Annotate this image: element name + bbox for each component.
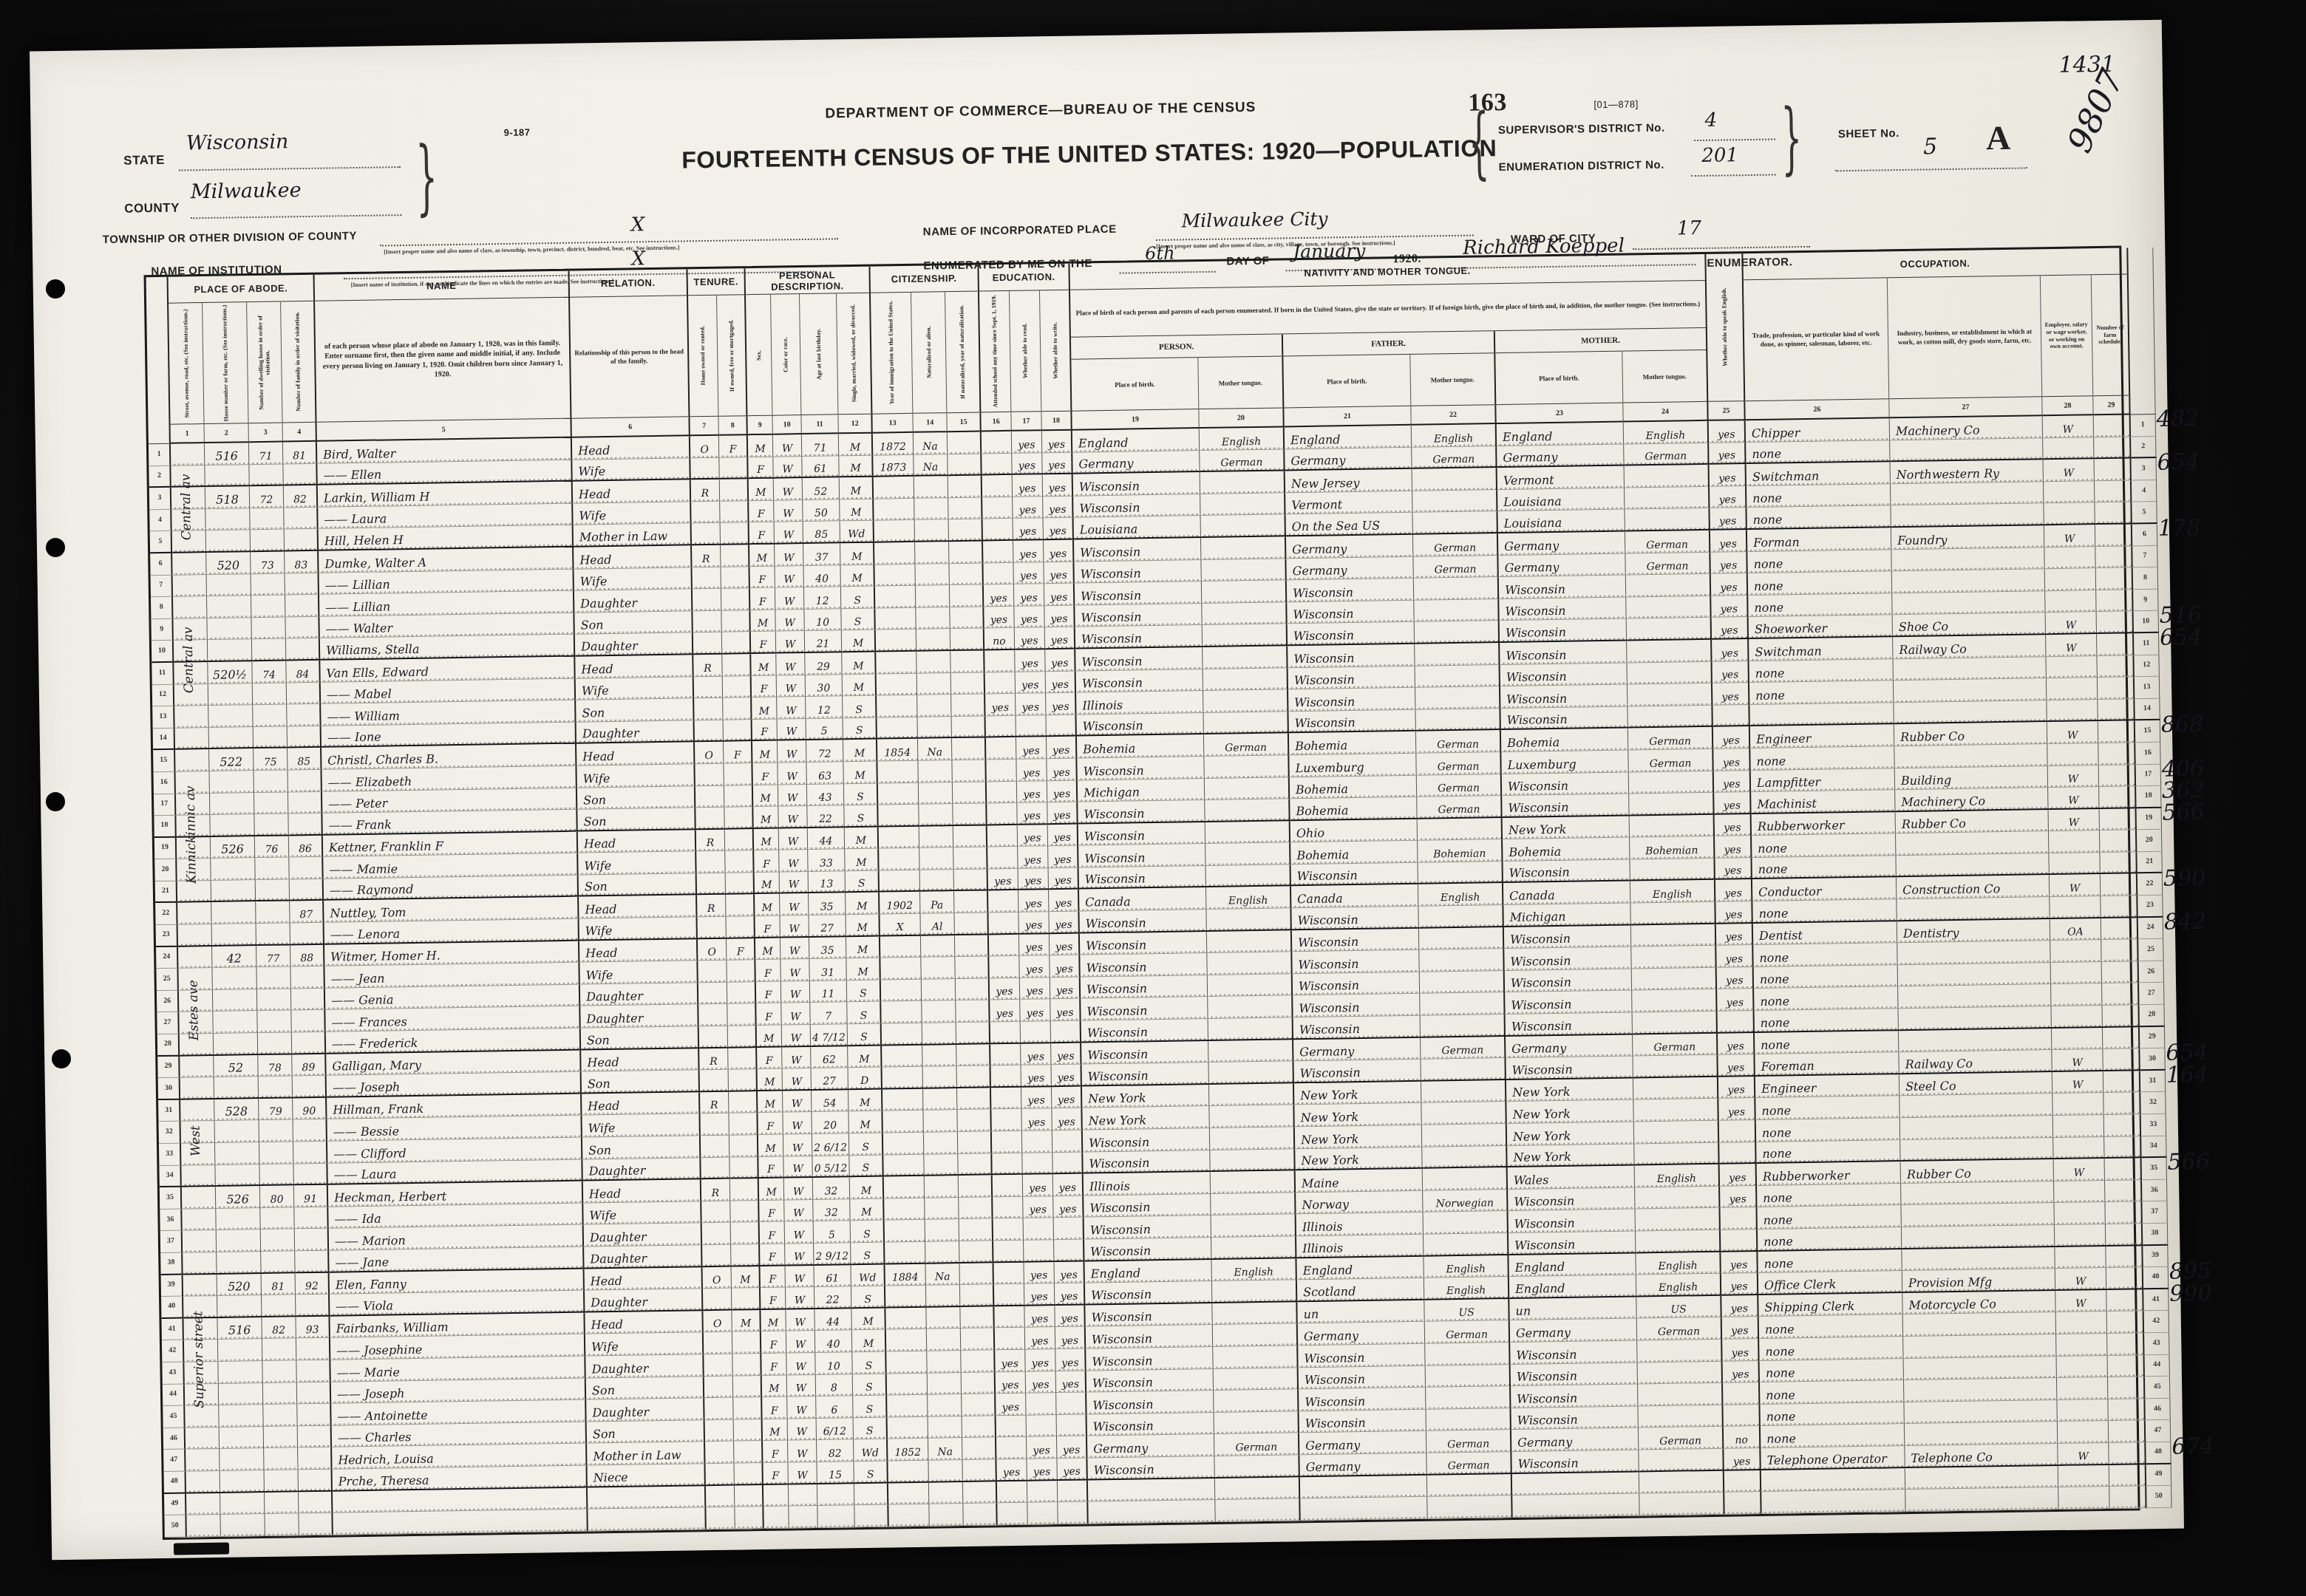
cell-mb-row15: Bohemia <box>1501 729 1628 752</box>
cell-sch-row24 <box>989 934 1019 956</box>
cell-read-row39: yes <box>1024 1262 1054 1284</box>
cell-house-row48 <box>220 1470 265 1493</box>
cell-fb-row5: On the Sea US <box>1286 513 1413 536</box>
cell-dwell-row24: 77 <box>256 945 290 967</box>
cell-eng-row36: yes <box>1720 1186 1757 1208</box>
cell-fam-row34 <box>293 1163 327 1185</box>
cell-imm-row49 <box>888 1482 929 1504</box>
cell-fb-row45: Wisconsin <box>1299 1388 1426 1411</box>
cell-sch-row44: yes <box>996 1371 1026 1394</box>
cell-age-row43: 10 <box>815 1352 852 1374</box>
cell-house-row5 <box>206 531 251 553</box>
ink-smudge <box>174 1542 229 1555</box>
cell-mort-row2 <box>719 457 748 480</box>
cell-rel-row48: Niece <box>587 1464 705 1487</box>
cell-house-row22 <box>211 902 256 924</box>
cell-mar-row42: M <box>852 1330 886 1352</box>
cell-nat-row19 <box>919 826 953 848</box>
cell-occ-row22: Conductor <box>1752 878 1897 901</box>
cell-imm-row28 <box>882 1023 922 1046</box>
cell-write-row37 <box>1054 1218 1084 1240</box>
cell-mb-row30: Wisconsin <box>1506 1057 1633 1080</box>
cell-mb-row32: New York <box>1506 1100 1633 1124</box>
cell-age-row11: 29 <box>805 652 842 675</box>
cell-read-row5: yes <box>1013 519 1044 541</box>
state-label: STATE <box>123 153 165 168</box>
supervisors-district-label: SUPERVISOR'S DISTRICT No. <box>1498 122 1665 137</box>
cell-mb-row3: Vermont <box>1497 466 1625 490</box>
cell-farm-row43 <box>2107 1333 2144 1355</box>
cell-farm-row37 <box>2105 1202 2142 1224</box>
cell-farm-row46 <box>2108 1399 2145 1421</box>
cell-nat-row5 <box>915 520 949 542</box>
cell-imm-row43 <box>886 1351 927 1374</box>
cell-ft-row24 <box>1419 927 1504 950</box>
cell-natyr-row2 <box>948 454 982 476</box>
cell-emp-row4 <box>2044 481 2095 504</box>
cell-eng-row17: yes <box>1714 771 1751 793</box>
cell-rel-row4: Wife <box>573 502 691 525</box>
cell-dwell-row39: 81 <box>262 1273 296 1295</box>
cell-pt-row41 <box>1212 1302 1297 1325</box>
cell-occ-row25: none <box>1753 943 1897 966</box>
cell-pb-row24: Wisconsin <box>1080 932 1207 955</box>
cell-fam-row39: 92 <box>296 1272 330 1295</box>
cell-natyr-row24 <box>955 935 989 957</box>
cell-dwell-row2 <box>249 464 283 486</box>
cell-ind-row41: Motorcycle Co <box>1902 1291 2055 1315</box>
cell-emp-row40: W <box>2055 1268 2106 1291</box>
margin-number-566: 566 <box>2167 1149 2210 1176</box>
cell-read-row46 <box>1027 1415 1057 1437</box>
cell-sch-row40 <box>994 1284 1024 1306</box>
group-education: EDUCATION. <box>979 264 1070 292</box>
cell-mt-row50 <box>1639 1493 1724 1515</box>
cell-pt-row38 <box>1211 1236 1296 1259</box>
cell-mb-row8: Wisconsin <box>1499 576 1626 599</box>
cell-race-row17: W <box>778 785 807 807</box>
cell-ind-row42 <box>1903 1312 2056 1337</box>
cell-nat-row43 <box>927 1351 961 1373</box>
cell-fb-row43: Wisconsin <box>1298 1344 1425 1368</box>
cell-eng-row20: yes <box>1715 836 1752 858</box>
line-number-left: 13 <box>152 706 174 729</box>
cell-mort-row1: F <box>719 435 748 457</box>
cell-nat-row21 <box>920 870 954 892</box>
cell-sch-row16 <box>986 760 1016 782</box>
cell-mb-row17: Wisconsin <box>1502 772 1629 796</box>
col-immigration-header: Year of immigration to the United States… <box>871 293 913 415</box>
cell-pb-row6: Wisconsin <box>1074 538 1201 562</box>
cell-natyr-row8 <box>950 585 984 607</box>
cell-pb-row19: Wisconsin <box>1078 822 1205 846</box>
cell-race-row37: W <box>785 1221 814 1244</box>
cell-pb-row26: Wisconsin <box>1081 975 1208 999</box>
column-number-7: 7 <box>690 417 718 437</box>
cell-fb-row34: New York <box>1295 1147 1422 1170</box>
cell-mort-row30 <box>729 1069 758 1091</box>
cell-pt-row2: German <box>1200 449 1285 472</box>
cell-ind-row11: Railway Co <box>1893 635 2046 659</box>
cell-mar-row21: S <box>846 870 880 893</box>
cell-read-row1: yes <box>1012 431 1042 453</box>
column-number-6: 6 <box>571 417 690 437</box>
cell-write-row8: yes <box>1044 584 1075 606</box>
cell-mar-row8: S <box>841 587 875 609</box>
cell-fb-row44: Wisconsin <box>1299 1365 1426 1389</box>
cell-own-row9 <box>693 610 721 632</box>
township-value: X <box>630 214 644 236</box>
cell-farm-row8 <box>2096 568 2133 590</box>
cell-mar-row2: M <box>839 455 873 477</box>
line-number-left: 32 <box>159 1122 181 1144</box>
cell-write-row47: yes <box>1057 1436 1087 1459</box>
cell-age-row19: 44 <box>808 828 845 850</box>
cell-read-row20: yes <box>1018 846 1048 868</box>
cell-own-row3: R <box>691 480 720 502</box>
cell-ind-row36 <box>1901 1181 2054 1206</box>
cell-eng-row37 <box>1720 1207 1757 1230</box>
cell-mt-row46 <box>1638 1405 1723 1428</box>
cell-pt-row16 <box>1204 755 1289 778</box>
cell-fb-row27: Wisconsin <box>1293 994 1420 1017</box>
cell-rel-row38: Daughter <box>584 1245 702 1269</box>
column-number-22: 22 <box>1411 405 1496 426</box>
cell-read-row47: yes <box>1027 1436 1057 1459</box>
cell-sex-row3: M <box>749 479 774 501</box>
cell-fam-row24: 88 <box>290 944 324 966</box>
cell-emp-row8 <box>2045 568 2096 591</box>
cell-imm-row10 <box>876 630 916 652</box>
cell-natyr-row42 <box>961 1329 995 1351</box>
line-number-right: 37 <box>2142 1201 2167 1224</box>
cell-eng-row25: yes <box>1716 945 1753 967</box>
cell-sch-row47 <box>996 1437 1027 1459</box>
cell-occ-row37: none <box>1757 1205 1901 1229</box>
cell-ft-row45 <box>1426 1386 1511 1409</box>
cell-write-row3: yes <box>1043 474 1073 497</box>
cell-fb-row24: Wisconsin <box>1292 928 1419 952</box>
column-number-19: 19 <box>1072 409 1199 431</box>
cell-own-row25 <box>698 961 727 983</box>
cell-dwell-row42 <box>262 1339 296 1361</box>
cell-fam-row11: 84 <box>286 661 320 683</box>
cell-mb-row45: Wisconsin <box>1511 1385 1638 1408</box>
cell-mort-row44 <box>733 1376 762 1398</box>
cell-race-row36: W <box>784 1200 813 1222</box>
cell-pt-row28 <box>1208 1017 1293 1040</box>
cell-rel-row2: Wife <box>572 458 690 482</box>
cell-own-row5 <box>692 523 721 545</box>
cell-mar-row5: Wd <box>840 521 874 543</box>
cell-natyr-row22 <box>954 891 988 913</box>
cell-emp-row50 <box>2058 1487 2109 1510</box>
cell-fb-row41: un <box>1297 1300 1424 1323</box>
cell-farm-row10 <box>2097 612 2134 634</box>
cell-imm-row48 <box>888 1461 928 1483</box>
cell-house-row23 <box>212 924 256 946</box>
cell-ind-row27 <box>1898 985 2051 1009</box>
line-number-left: 7 <box>151 575 173 597</box>
cell-pt-row6 <box>1201 536 1286 559</box>
cell-ind-row33 <box>1900 1116 2053 1140</box>
column-number-20: 20 <box>1199 408 1284 429</box>
cell-pt-row39: English <box>1211 1258 1296 1281</box>
cell-age-row40: 22 <box>814 1286 851 1309</box>
cell-sex-row50 <box>763 1507 789 1529</box>
cell-mb-row18: Wisconsin <box>1502 794 1629 818</box>
cell-ind-row46 <box>1904 1400 2057 1425</box>
cell-pt-row10 <box>1203 624 1288 647</box>
cell-sex-row34: F <box>758 1156 783 1179</box>
cell-pt-row35 <box>1211 1170 1296 1193</box>
cell-mt-row28 <box>1633 1012 1718 1034</box>
cell-occ-row12: none <box>1749 659 1894 683</box>
cell-house-row13 <box>208 705 253 727</box>
cell-mort-row36 <box>730 1201 759 1223</box>
cell-write-row30: yes <box>1052 1065 1082 1087</box>
margin-number-482: 482 <box>2156 406 2199 432</box>
cell-ind-row23 <box>1897 897 2050 921</box>
cell-age-row24: 35 <box>809 937 846 959</box>
cell-house-row35: 526 <box>216 1186 260 1208</box>
cell-mt-row36 <box>1635 1187 1720 1210</box>
line-number-left: 12 <box>152 684 174 706</box>
cell-mar-row45: S <box>853 1396 887 1418</box>
cell-eng-row21: yes <box>1715 858 1752 880</box>
cell-ft-row50 <box>1427 1496 1512 1518</box>
cell-ind-row12 <box>1893 657 2046 681</box>
cell-fb-row11: Wisconsin <box>1288 644 1415 668</box>
cell-dwell-row21 <box>256 879 290 901</box>
cell-farm-row26 <box>2102 961 2139 983</box>
cell-natyr-row48 <box>962 1459 996 1481</box>
cell-emp-row35: W <box>2054 1159 2105 1181</box>
county-brace: } <box>415 129 438 225</box>
cell-sex-row39: F <box>761 1266 786 1288</box>
cell-pt-row47: German <box>1214 1433 1299 1456</box>
cell-own-row44 <box>704 1376 733 1398</box>
cell-race-row50 <box>789 1506 817 1528</box>
cell-farm-row30 <box>2103 1049 2140 1071</box>
cell-mt-row42: German <box>1637 1317 1722 1340</box>
cell-imm-row26 <box>881 980 922 1002</box>
cell-sch-row15 <box>986 737 1016 760</box>
cell-occ-row26: none <box>1754 965 1898 989</box>
cell-house-row21 <box>211 880 256 902</box>
cell-race-row46: W <box>788 1419 817 1441</box>
col-write-header: Whether able to write. <box>1040 290 1072 412</box>
cell-nat-row8 <box>916 585 950 607</box>
cell-sch-row20 <box>987 847 1018 869</box>
cell-mb-row20: Bohemia <box>1503 838 1630 862</box>
cell-write-row4: yes <box>1043 496 1073 518</box>
cell-read-row41: yes <box>1024 1306 1055 1328</box>
cell-fb-row49 <box>1300 1475 1427 1498</box>
cell-mb-row29: Germany <box>1506 1034 1633 1058</box>
cell-sex-row14: F <box>752 719 778 741</box>
cell-fam-row33 <box>293 1142 327 1164</box>
cell-imm-row12 <box>877 673 917 695</box>
cell-sex-row33: M <box>758 1135 783 1157</box>
cell-house-row41: 516 <box>217 1317 262 1340</box>
cell-mb-row50 <box>1512 1494 1639 1518</box>
cell-ft-row44 <box>1426 1365 1511 1388</box>
cell-nat-row36 <box>925 1198 959 1220</box>
cell-ft-row4 <box>1412 490 1497 513</box>
cell-mar-row19: M <box>845 827 879 849</box>
cell-mar-row24: M <box>846 936 880 958</box>
cell-nat-row2: Na <box>914 454 948 477</box>
cell-own-row8 <box>693 589 721 611</box>
cell-occ-row19: Rubberworker <box>1752 812 1896 836</box>
cell-dwell-row15: 75 <box>254 748 288 771</box>
cell-emp-row10: W <box>2046 612 2097 635</box>
cell-imm-row34 <box>883 1154 924 1176</box>
cell-own-row10 <box>693 632 722 655</box>
cell-mt-row31 <box>1633 1077 1718 1100</box>
cell-write-row49 <box>1058 1480 1088 1502</box>
enumeration-district-label: ENUMERATION DISTRICT No. <box>1498 159 1664 174</box>
cell-write-row41: yes <box>1055 1305 1085 1327</box>
cell-mort-row34 <box>729 1157 758 1179</box>
cell-sex-row41: M <box>761 1309 786 1331</box>
cell-emp-row47 <box>2058 1421 2109 1444</box>
cell-ft-row35 <box>1423 1167 1508 1190</box>
cell-mort-row29 <box>728 1048 757 1070</box>
cell-imm-row33 <box>883 1133 924 1155</box>
cell-nat-row49 <box>929 1481 963 1504</box>
cell-race-row20: W <box>779 850 808 872</box>
cell-nat-row39: Na <box>925 1263 959 1286</box>
cell-fb-row50 <box>1300 1497 1427 1521</box>
cell-sch-row8: yes <box>984 584 1014 607</box>
cell-mar-row47: Wd <box>854 1439 888 1462</box>
column-number-2: 2 <box>205 423 249 443</box>
cell-read-row23: yes <box>1018 912 1049 934</box>
cell-read-row4: yes <box>1013 497 1043 519</box>
col-race-header: Color or race. <box>771 294 801 416</box>
cell-occ-row32: none <box>1755 1097 1899 1120</box>
cell-occ-row50 <box>1761 1490 1905 1513</box>
cell-farm-row29 <box>2103 1027 2140 1049</box>
line-number-right: 36 <box>2142 1180 2167 1202</box>
cell-eng-row45 <box>1723 1382 1760 1405</box>
cell-own-row19: R <box>696 829 725 851</box>
group-personal-description: PERSONAL DESCRIPTION. <box>745 267 871 296</box>
cell-fam-row19: 86 <box>289 835 323 857</box>
cell-read-row38 <box>1024 1240 1054 1262</box>
cell-mort-row5 <box>721 523 749 545</box>
cell-fb-row26: Wisconsin <box>1293 972 1420 996</box>
line-number-left: 4 <box>149 510 171 532</box>
cell-farm-row13 <box>2098 677 2135 699</box>
cell-read-row3: yes <box>1013 474 1043 497</box>
cell-fam-row21 <box>290 879 324 901</box>
cell-rel-row30: Son <box>582 1070 700 1094</box>
cell-nat-row37 <box>925 1219 959 1241</box>
cell-natyr-row1 <box>948 432 982 454</box>
line-number-right: 20 <box>2137 830 2162 852</box>
column-number-29: 29 <box>2093 395 2130 415</box>
cell-farm-row9 <box>2096 590 2133 612</box>
cell-house-row25 <box>212 967 256 989</box>
cell-farm-row14 <box>2098 699 2135 721</box>
cell-natyr-row45 <box>962 1394 996 1416</box>
cell-rel-row21: Son <box>579 873 697 897</box>
line-number-left: 37 <box>160 1231 183 1253</box>
cell-rel-row45: Daughter <box>586 1398 704 1422</box>
cell-own-row50 <box>706 1507 735 1529</box>
cell-ft-row38 <box>1424 1233 1509 1256</box>
cell-sch-row21: yes <box>988 869 1018 891</box>
cell-fb-row46: Wisconsin <box>1299 1409 1426 1433</box>
line-number-right: 2 <box>2131 436 2156 458</box>
cell-sex-row4: F <box>749 500 774 522</box>
cell-ind-row35: Rubber Co <box>1901 1159 2054 1184</box>
cell-dwell-row46 <box>264 1426 298 1448</box>
cell-write-row15: yes <box>1047 737 1077 759</box>
line-number-left: 16 <box>154 772 176 794</box>
cell-mar-row1: M <box>839 434 873 456</box>
cell-eng-row13: yes <box>1713 683 1749 705</box>
cell-age-row23: 27 <box>809 915 846 937</box>
cell-race-row4: W <box>774 500 803 522</box>
cell-age-row18: 22 <box>807 805 844 828</box>
cell-pt-row8 <box>1202 581 1287 604</box>
cell-rel-row22: Head <box>579 896 697 919</box>
supervisors-district-value: 4 <box>1704 109 1717 132</box>
cell-mar-row10: M <box>842 630 876 652</box>
cell-ind-row13 <box>1894 678 2047 703</box>
cell-own-row34 <box>701 1157 729 1179</box>
cell-fb-row19: Ohio <box>1290 819 1418 842</box>
cell-farm-row16 <box>2098 743 2135 765</box>
cell-mort-row32 <box>729 1113 758 1135</box>
cell-ind-row31: Steel Co <box>1899 1072 2052 1097</box>
column-number-25: 25 <box>1708 401 1745 421</box>
cell-mar-row40: S <box>851 1286 885 1309</box>
cell-ind-row40: Provision Mfg <box>1902 1269 2055 1293</box>
street-name-central-av: Central av <box>171 573 208 748</box>
cell-mt-row41: US <box>1636 1295 1721 1318</box>
cell-natyr-row15 <box>952 738 986 760</box>
line-number-right: 46 <box>2145 1398 2170 1420</box>
cell-dwell-row6: 73 <box>251 551 285 573</box>
cell-nat-row29 <box>922 1045 956 1067</box>
cell-house-row16 <box>209 771 254 793</box>
cell-read-row11: yes <box>1015 649 1045 672</box>
cell-race-row21: W <box>780 872 809 894</box>
cell-sex-row38: F <box>760 1244 785 1266</box>
cell-farm-row45 <box>2108 1377 2145 1399</box>
cell-pt-row21 <box>1206 864 1291 887</box>
cell-ind-row34 <box>1900 1138 2053 1162</box>
cell-dwell-row49 <box>265 1492 299 1514</box>
cell-mb-row40: England <box>1509 1275 1636 1299</box>
cell-nat-row42 <box>927 1329 961 1351</box>
cell-emp-row34 <box>2053 1137 2104 1160</box>
cell-farm-row5 <box>2095 502 2132 525</box>
cell-emp-row44 <box>2057 1356 2108 1379</box>
cell-fb-row48: Germany <box>1299 1453 1426 1477</box>
cell-pb-row37: Wisconsin <box>1084 1215 1211 1239</box>
cell-mb-row28: Wisconsin <box>1506 1013 1633 1037</box>
cell-mb-row36: Wisconsin <box>1508 1187 1635 1211</box>
cell-race-row19: W <box>779 828 808 850</box>
cell-mt-row2: German <box>1624 443 1709 465</box>
cell-ind-row25 <box>1897 941 2050 965</box>
